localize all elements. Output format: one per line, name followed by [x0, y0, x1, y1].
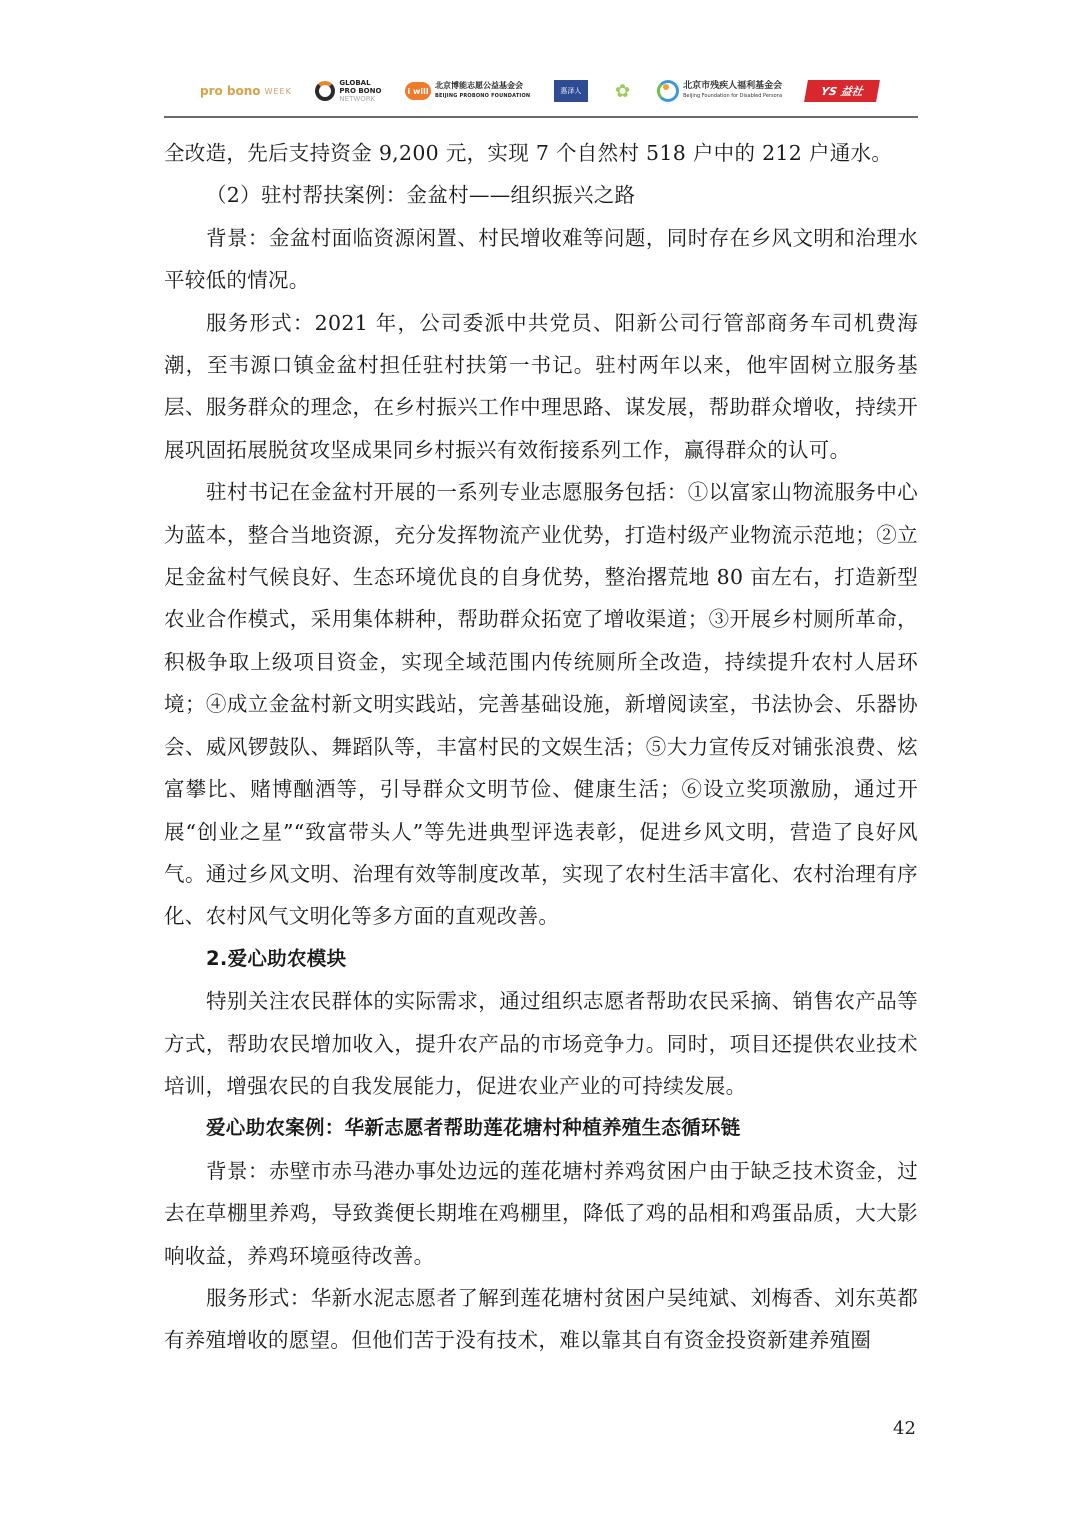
gpb-line-1: GLOBAL: [339, 79, 381, 87]
gpb-line-3: NETWORK: [339, 95, 381, 103]
header-divider: [164, 116, 918, 118]
paragraph: 背景：赤壁市赤马港办事处边远的莲花塘村养鸡贫困户由于缺乏技术资金，过去在草棚里养…: [164, 1150, 918, 1277]
bfdp-en-name: Beijing Foundation for Disabled Persons: [683, 91, 782, 101]
blue-brand-icon: 惠泽人: [554, 80, 588, 102]
document-body: 全改造，先后支持资金 9,200 元，实现 7 个自然村 518 户中的 212…: [164, 132, 918, 1362]
bpf-en-name: BEIJING PROBONO FOUNDATION: [435, 91, 530, 101]
paragraph: 服务形式：华新水泥志愿者了解到莲花塘村贫困户吴纯斌、刘梅香、刘东英都有养殖增收的…: [164, 1277, 918, 1362]
paragraph: 全改造，先后支持资金 9,200 元，实现 7 个自然村 518 户中的 212…: [164, 132, 918, 174]
paragraph: 驻村书记在金盆村开展的一系列专业志愿服务包括：①以富家山物流服务中心为蓝本，整合…: [164, 471, 918, 937]
partner-logos: pro bono WEEK GLOBAL PRO BONO NETWORK i …: [200, 76, 878, 106]
flower-emblem-icon: ✿: [612, 79, 634, 103]
pro-bono-week-text: pro bono: [200, 84, 261, 98]
ys-brand-icon: YS 益社: [804, 80, 880, 102]
beijing-probono-foundation-logo: i will 北京博能志愿公益基金会 BEIJING PROBONO FOUND…: [405, 81, 530, 101]
blue-brand-logo: 惠泽人: [554, 80, 588, 102]
beijing-foundation-disabled-logo: 北京市残疾人福利基金会 Beijing Foundation for Disab…: [657, 80, 782, 102]
paragraph: 服务形式：2021 年，公司委派中共党员、阳新公司行管部商务车司机费海潮，至韦源…: [164, 302, 918, 472]
case-heading: 爱心助农案例：华新志愿者帮助莲花塘村种植养殖生态循环链: [164, 1107, 918, 1149]
ys-yishe-logo: YS 益社: [806, 80, 878, 102]
case-heading: （2）驻村帮扶案例：金盆村——组织振兴之路: [164, 174, 918, 216]
pro-bono-week-sub: WEEK: [265, 87, 292, 96]
paragraph: 背景：金盆村面临资源闲置、村民增收难等问题，同时存在乡风文明和治理水平较低的情况…: [164, 217, 918, 302]
gpb-line-2: PRO BONO: [339, 87, 381, 95]
page-header: pro bono WEEK GLOBAL PRO BONO NETWORK i …: [164, 68, 918, 118]
ring-icon: [315, 81, 335, 101]
paragraph: 特别关注农民群体的实际需求，通过组织志愿者帮助农民采摘、销售农产品等方式，帮助农…: [164, 980, 918, 1107]
section-heading: 2.爱心助农模块: [164, 938, 918, 980]
iwill-badge-icon: i will: [405, 82, 431, 100]
page-number: 42: [893, 1418, 916, 1439]
circle-emblem-icon: [657, 80, 679, 102]
bpf-cn-name: 北京博能志愿公益基金会: [435, 81, 530, 91]
global-pro-bono-network-logo: GLOBAL PRO BONO NETWORK: [315, 79, 381, 103]
pro-bono-week-logo: pro bono WEEK: [200, 84, 292, 98]
bfdp-cn-name: 北京市残疾人福利基金会: [683, 81, 782, 91]
green-emblem-logo: ✿: [612, 79, 634, 103]
